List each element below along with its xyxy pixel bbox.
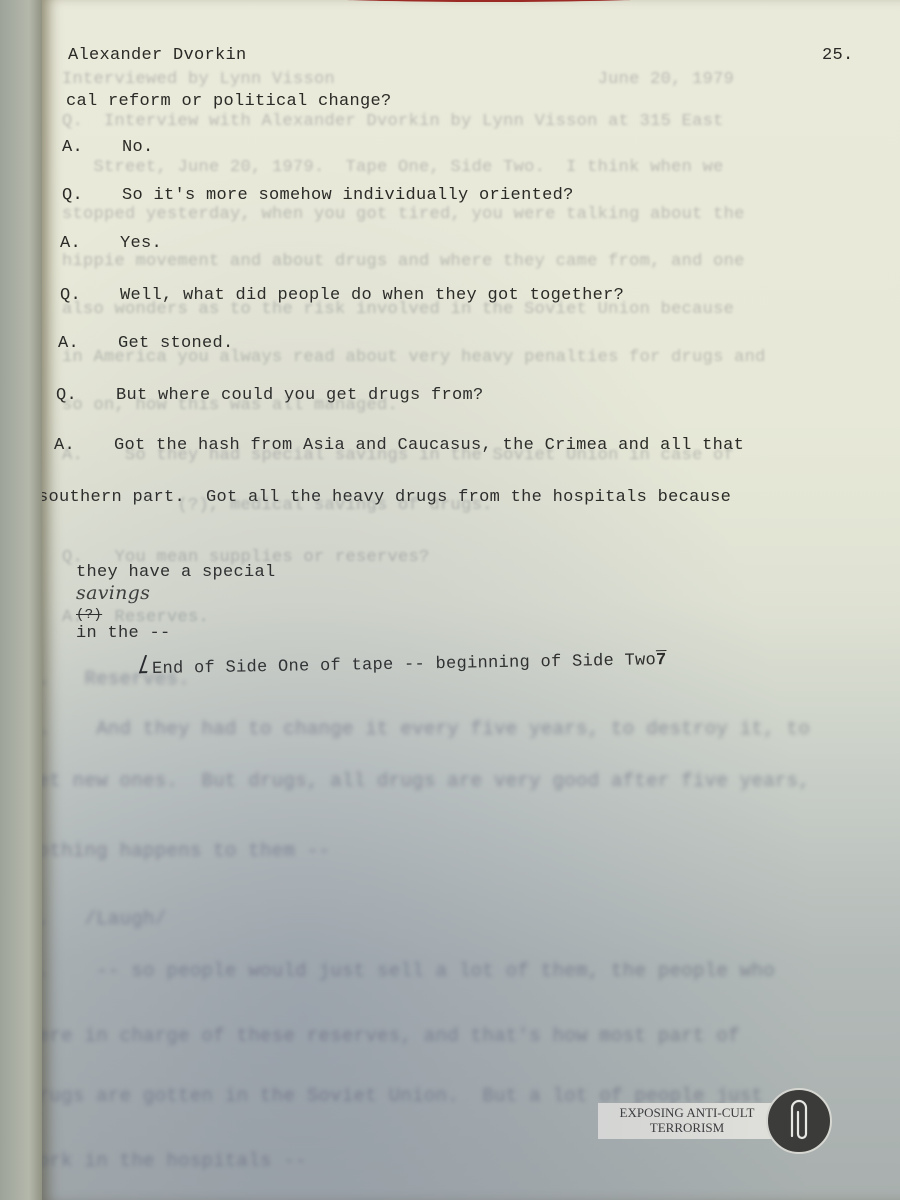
line-text: So it's more somehow individually orient… <box>122 186 574 205</box>
speaker-label: A. <box>62 138 122 157</box>
bleed-through-line: were in charge of these reserves, and th… <box>42 1025 740 1047</box>
transcript-line: southern part. Got all the heavy drugs f… <box>42 488 731 507</box>
handwritten-correction: savings <box>76 582 150 604</box>
speaker-label: A. <box>58 334 118 353</box>
close-bracket-mark: 7 <box>656 651 667 670</box>
bleed-through-line: A. And they had to change it every five … <box>42 718 810 740</box>
transcript-line: Q.Well, what did people do when they got… <box>60 286 624 305</box>
speaker-label: Q. <box>60 286 120 305</box>
speaker-label: Q. <box>62 186 122 205</box>
bleed-through-line: nothing happens to them -- <box>42 840 330 862</box>
watermark-text: EXPOSING ANTI-CULT TERRORISM <box>598 1103 776 1139</box>
bleed-through-line: stopped yesterday, when you got tired, y… <box>62 205 745 224</box>
bleed-through-line: get new ones. But drugs, all drugs are v… <box>42 770 810 792</box>
watermark-line-1: EXPOSING ANTI-CULT <box>598 1105 776 1120</box>
line-text: southern part. Got all the heavy drugs f… <box>42 488 731 507</box>
watermark-logo: EXPOSING ANTI-CULT TERRORISM <box>598 1088 838 1158</box>
speaker-label: Q. <box>56 386 116 405</box>
bleed-through-line: work in the hospitals -- <box>42 1150 307 1172</box>
struck-query: (?) <box>76 607 102 623</box>
transcript-line: A.Got the hash from Asia and Caucasus, t… <box>54 436 744 455</box>
bleed-through-line: Street, June 20, 1979. Tape One, Side Tw… <box>62 158 724 177</box>
speaker-label: A. <box>54 436 114 455</box>
line-text: cal reform or political change? <box>66 92 392 111</box>
adjacent-page-edge <box>0 0 48 1200</box>
bleed-through-line: Q. Interview with Alexander Dvorkin by L… <box>62 112 724 131</box>
bleed-through-line: hippie movement and about drugs and wher… <box>62 252 745 271</box>
line-text: Got the hash from Asia and Caucasus, the… <box>114 436 744 455</box>
transcript-page: Interviewed by Lynn Visson June 20, 1979… <box>42 0 900 1200</box>
tape-note: End of Side One of tape -- beginning of … <box>100 627 668 699</box>
paperclip-icon <box>766 1088 832 1154</box>
bleed-through-line: Q. /Laugh/ <box>42 908 166 930</box>
line-text: But where could you get drugs from? <box>116 386 484 405</box>
transcript-line: A.No. <box>62 138 154 157</box>
transcript-line: A.Get stoned. <box>58 334 234 353</box>
line-text: Yes. <box>120 234 162 253</box>
last-line-prefix: they have a special <box>76 563 276 582</box>
transcript-line: Q.But where could you get drugs from? <box>56 386 484 405</box>
transcript-line: cal reform or political change? <box>66 92 392 111</box>
transcript-line: Q.So it's more somehow individually orie… <box>62 186 574 205</box>
speaker-label: A. <box>60 234 120 253</box>
bleed-through-line: A. -- so people would just sell a lot of… <box>42 960 775 982</box>
open-bracket-mark <box>139 655 153 673</box>
watermark-line-2: TERRORISM <box>598 1120 776 1135</box>
header-name: Alexander Dvorkin <box>68 46 247 65</box>
line-text: Get stoned. <box>118 334 234 353</box>
page-number: 25. <box>822 46 854 65</box>
tape-note-text: End of Side One of tape -- beginning of … <box>152 651 656 679</box>
transcript-line: A.Yes. <box>60 234 162 253</box>
bleed-through-line: Interviewed by Lynn Visson June 20, 1979 <box>62 70 734 89</box>
line-text: Well, what did people do when they got t… <box>120 286 624 305</box>
line-text: No. <box>122 138 154 157</box>
red-binder-tab <box>274 0 704 2</box>
